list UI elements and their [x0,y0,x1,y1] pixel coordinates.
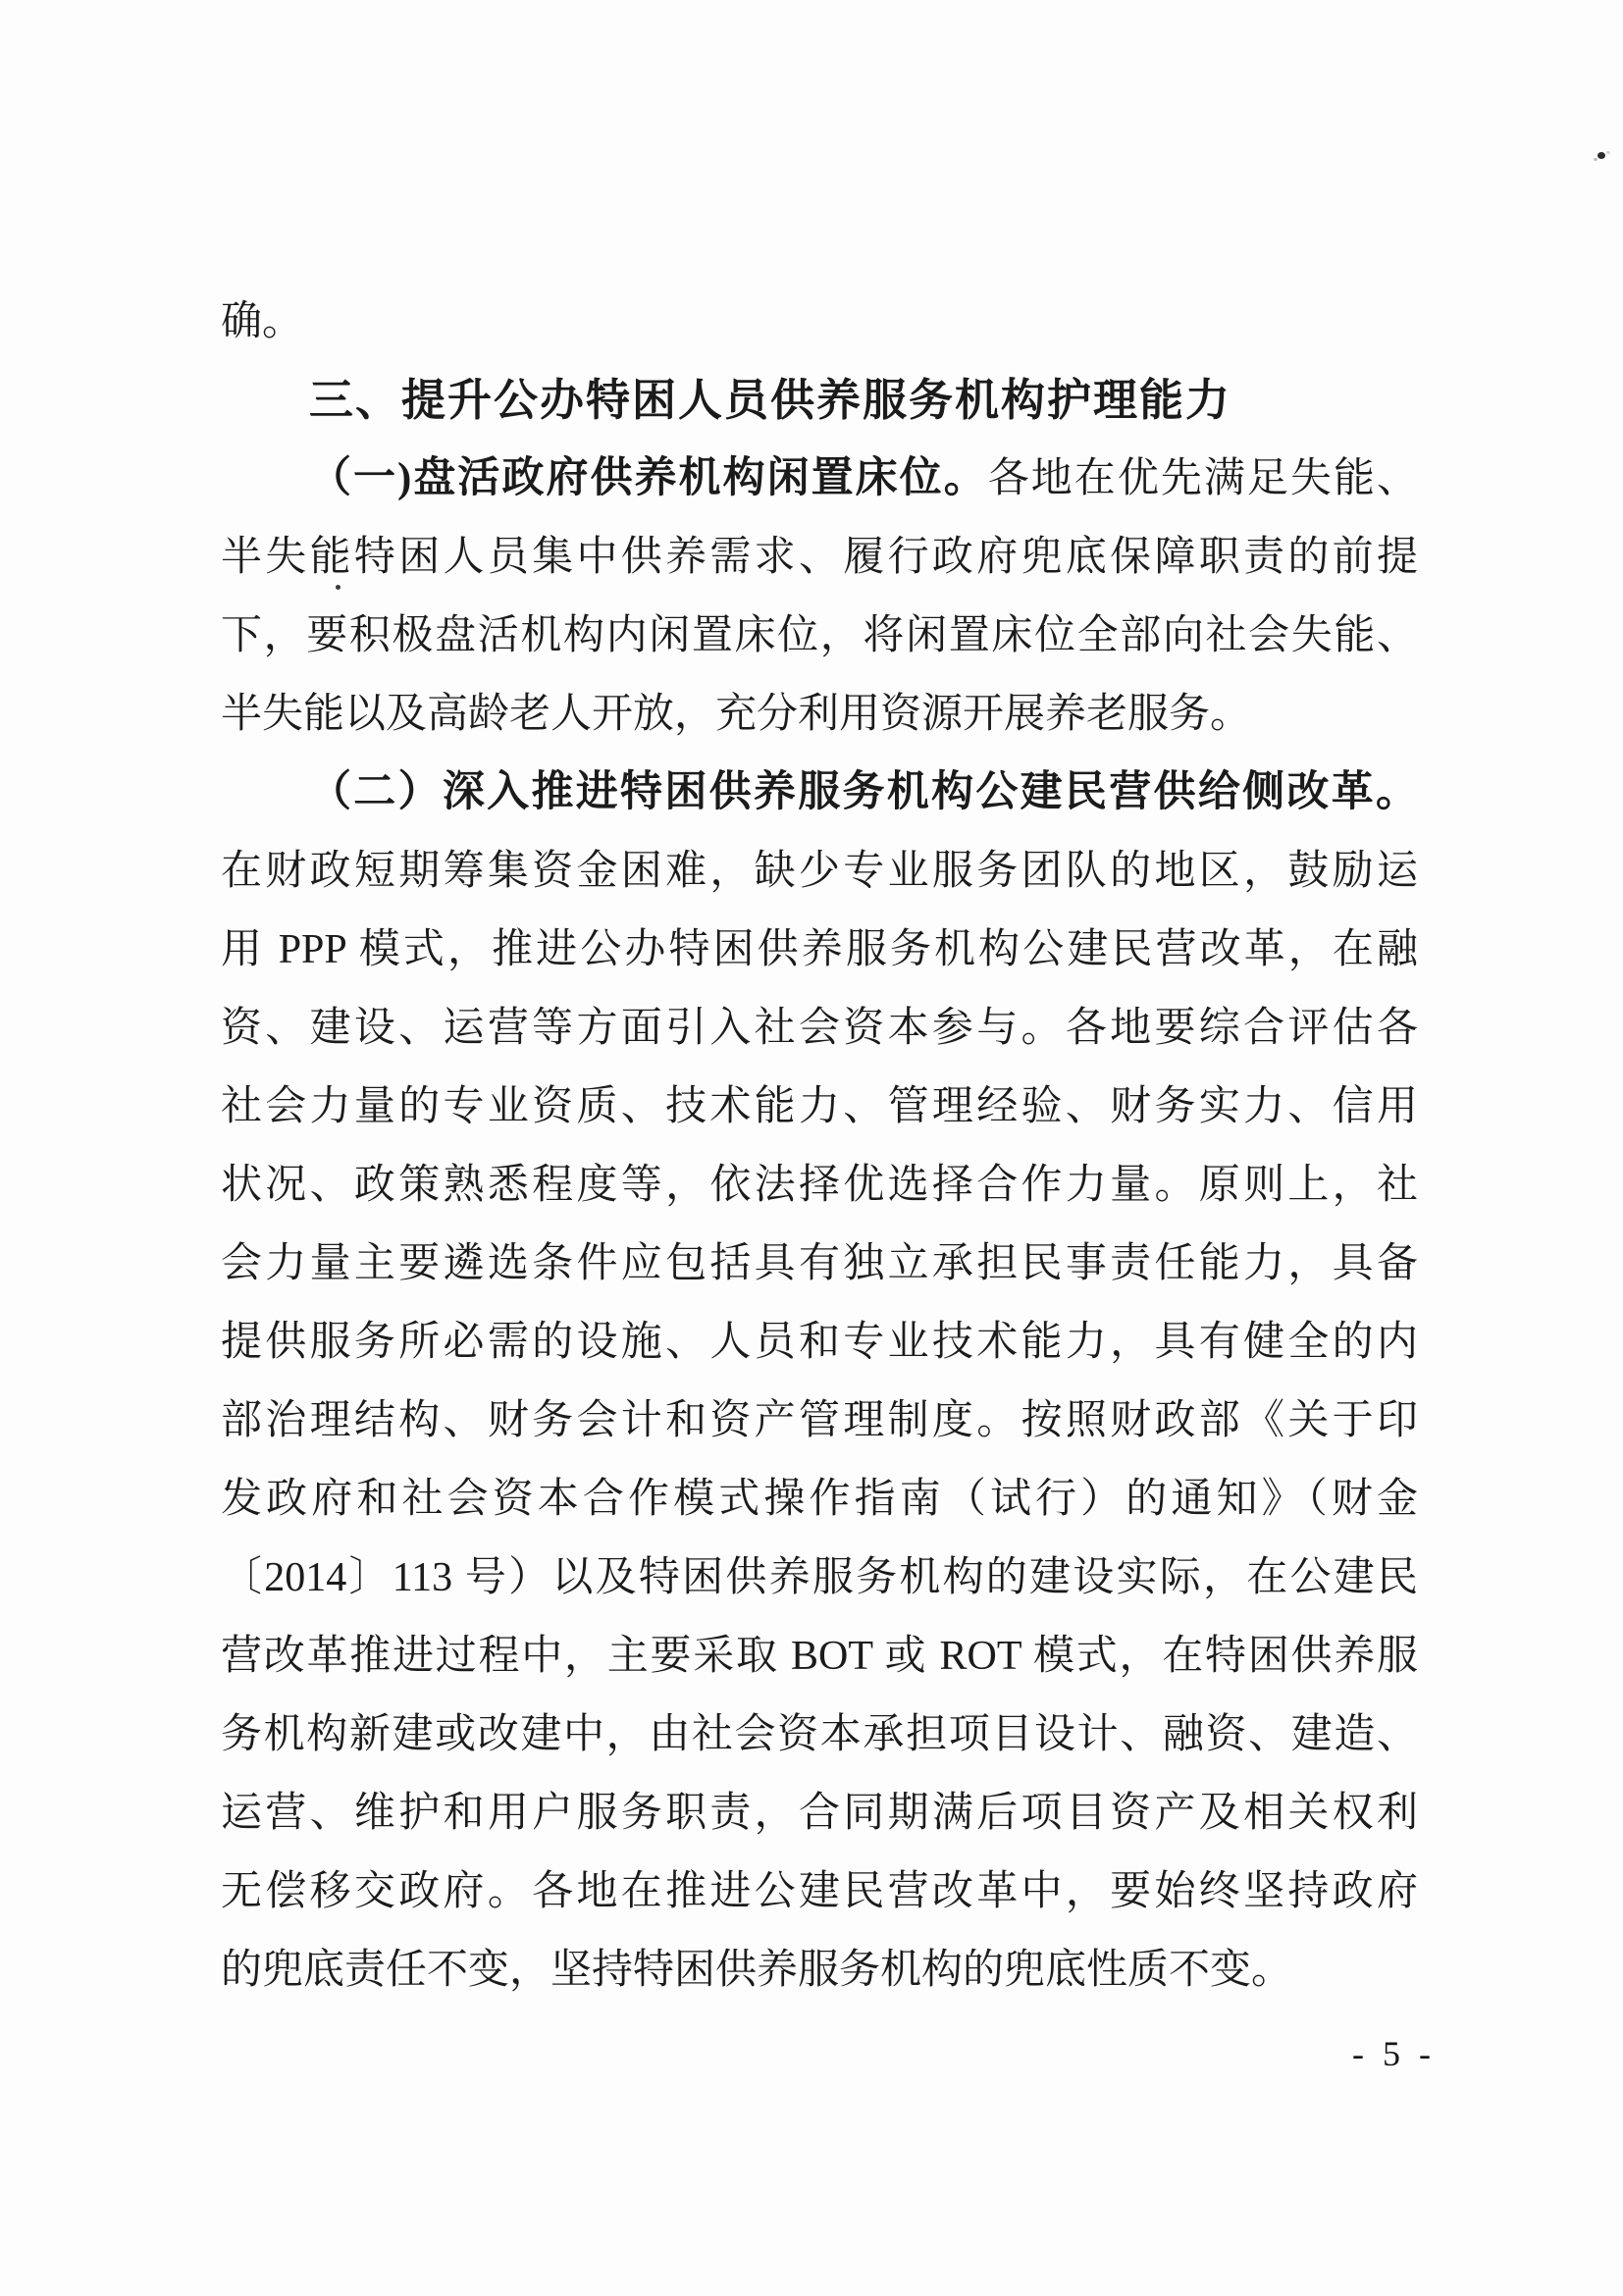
scan-artifact-speck [1597,152,1605,159]
text-line: 在财政短期筹集资金困难，缺少专业服务团队的地区，鼓励运 [221,832,1418,911]
text-line: 资、建设、运营等方面引入社会资本参与。各地要综合评估各 [221,989,1418,1068]
text-line: 用 PPP 模式，推进公办特困供养服务机构公建民营改革，在融 [221,911,1418,989]
text-line: （二）深入推进特困供养服务机构公建民营供给侧改革。 [221,754,1418,832]
text-line: 三、提升公办特困人员供养服务机构护理能力 [221,361,1418,440]
text-line: 下，要积极盘活机构内闲置床位，将闲置床位全部向社会失能、 [221,597,1418,675]
text-segment: 〔2014〕113 号）以及特困供养服务机构的建设实际，在公建民 [221,1555,1418,1600]
text-segment: 会力量主要遴选条件应包括具有独立承担民事责任能力，具备 [221,1241,1418,1286]
text-segment: 各地在优先满足失能、 [988,456,1418,501]
text-segment: 社会力量的专业资质、技术能力、管理经验、财务实力、信用 [221,1084,1418,1129]
text-line: 营改革推进过程中，主要采取 BOT 或 ROT 模式，在特困供养服 [221,1617,1418,1696]
text-segment: 下，要积极盘活机构内闲置床位，将闲置床位全部向社会失能、 [221,613,1418,658]
text-line: 会力量主要遴选条件应包括具有独立承担民事责任能力，具备 [221,1225,1418,1303]
text-segment: 在财政短期筹集资金困难，缺少专业服务团队的地区，鼓励运 [221,849,1418,894]
text-segment: 发政府和社会资本合作模式操作指南（试行）的通知》（财金 [221,1477,1418,1522]
text-segment: 的兜底责任不变，坚持特困供养服务机构的兜底性质不变。 [221,1948,1292,1993]
text-line: 社会力量的专业资质、技术能力、管理经验、财务实力、信用 [221,1068,1418,1146]
page-number: - 5 - [1352,2029,1436,2078]
subheading-segment: （一)盘活政府供养机构闲置床位。 [309,455,988,501]
text-segment: 提供服务所必需的设施、人员和专业技术能力，具有健全的内 [221,1320,1418,1365]
text-segment: 半失能特困人员集中供养需求、履行政府兜底保障职责的前提 [221,535,1418,580]
text-segment: 务机构新建或改建中，由社会资本承担项目设计、融资、建造、 [221,1712,1418,1757]
text-line: 无偿移交政府。各地在推进公建民营改革中，要始终坚持政府 [221,1852,1418,1931]
text-segment: 无偿移交政府。各地在推进公建民营改革中，要始终坚持政府 [221,1869,1418,1914]
text-segment: 半失能以及高龄老人开放，充分利用资源开展养老服务。 [221,692,1251,737]
text-line: 务机构新建或改建中，由社会资本承担项目设计、融资、建造、 [221,1696,1418,1774]
text-line: （一)盘活政府供养机构闲置床位。各地在优先满足失能、 [221,440,1418,518]
text-line: 部治理结构、财务会计和资产管理制度。按照财政部《关于印 [221,1382,1418,1460]
text-segment: 营改革推进过程中，主要采取 BOT 或 ROT 模式，在特困供养服 [221,1634,1418,1679]
text-line: 半失能以及高龄老人开放，充分利用资源开展养老服务。 [221,675,1418,754]
heading-segment: 三、提升公办特困人员供养服务机构护理能力 [309,375,1231,425]
subheading-segment: （二）深入推进特困供养服务机构公建民营供给侧改革。 [309,769,1418,815]
text-line: 半失能特困人员集中供养需求、履行政府兜底保障职责的前提 [221,518,1418,597]
text-line: 运营、维护和用户服务职责，合同期满后项目资产及相关权利 [221,1774,1418,1852]
text-segment: 用 PPP 模式，推进公办特困供养服务机构公建民营改革，在融 [221,927,1418,972]
document-body: 确。三、提升公办特困人员供养服务机构护理能力（一)盘活政府供养机构闲置床位。各地… [221,283,1418,2009]
text-line: 〔2014〕113 号）以及特困供养服务机构的建设实际，在公建民 [221,1539,1418,1617]
text-line: 发政府和社会资本合作模式操作指南（试行）的通知》（财金 [221,1460,1418,1539]
text-segment: 部治理结构、财务会计和资产管理制度。按照财政部《关于印 [221,1398,1418,1443]
text-line: 状况、政策熟悉程度等，依法择优选择合作力量。原则上，社 [221,1146,1418,1225]
text-segment: 状况、政策熟悉程度等，依法择优选择合作力量。原则上，社 [221,1163,1418,1208]
text-line: 提供服务所必需的设施、人员和专业技术能力，具有健全的内 [221,1303,1418,1382]
text-line: 的兜底责任不变，坚持特困供养服务机构的兜底性质不变。 [221,1931,1418,2009]
document-page: 确。三、提升公办特困人员供养服务机构护理能力（一)盘活政府供养机构闲置床位。各地… [0,0,1623,2296]
text-segment: 资、建设、运营等方面引入社会资本参与。各地要综合评估各 [221,1006,1418,1051]
text-line: 确。 [221,283,1418,361]
text-segment: 运营、维护和用户服务职责，合同期满后项目资产及相关权利 [221,1791,1418,1836]
text-segment: 确。 [221,299,303,344]
